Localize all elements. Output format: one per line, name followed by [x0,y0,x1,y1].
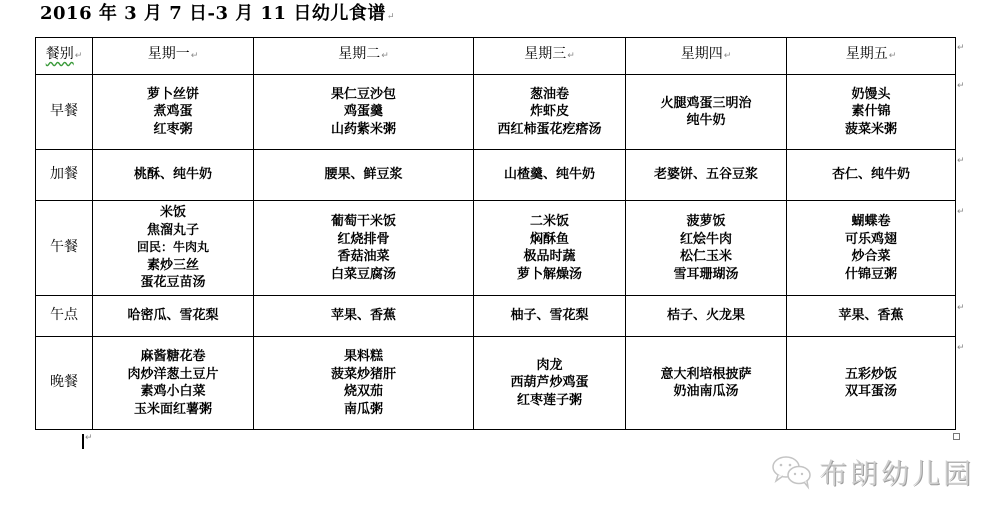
dish: 奶馒头 [787,86,955,104]
dish: 双耳蛋汤 [787,383,955,401]
row-end-mark: ↵ [957,207,965,217]
row-end-mark: ↵ [957,343,965,353]
header-cell-meal[interactable]: 餐别↵ [36,38,93,75]
dish: 果料糕 [254,348,473,366]
watermark-text: 布朗幼儿园 [819,452,974,492]
menu-cell[interactable]: 意大利培根披萨 奶油南瓜汤 [626,337,787,430]
menu-cell[interactable]: 二米饭 焖酥鱼 极品时蔬 萝卜解燥汤 [474,201,626,296]
menu-cell[interactable]: 果料糕 菠菜炒猪肝 烧双茄 南瓜粥 [254,337,474,430]
dish: 煮鸡蛋 [93,103,253,121]
dish: 蛋花豆苗汤 [93,274,253,292]
dish: 炸虾皮 [474,103,625,121]
dish: 红烧排骨 [254,231,473,249]
dish: 什锦豆粥 [787,266,955,284]
dish: 葡萄干米饭 [254,213,473,231]
menu-cell[interactable]: 苹果、香蕉 [787,296,956,337]
dish: 红烩牛肉 [626,231,786,249]
dish: 松仁玉米 [626,248,786,266]
dish: 老婆饼、五谷豆浆 [626,166,786,184]
dish: 炒合菜 [787,248,955,266]
table-row-morning-snack: 加餐 桃酥、纯牛奶 腰果、鲜豆浆 山楂羹、纯牛奶 老婆饼、五谷豆浆 杏仁、纯牛奶 [36,150,956,201]
meal-label-cell[interactable]: 早餐 [36,75,93,150]
dish: 菠菜米粥 [787,121,955,139]
header-cell-day[interactable]: 星期二↵ [254,38,474,75]
row-end-mark: ↵ [957,156,965,166]
dish: 柚子、雪花梨 [474,307,625,325]
dish: 米饭 [93,204,253,222]
dish: 鸡蛋羹 [254,103,473,121]
dish: 可乐鸡翅 [787,231,955,249]
menu-cell[interactable]: 五彩炒饭 双耳蛋汤 [787,337,956,430]
header-row: 餐别↵ 星期一↵ 星期二↵ 星期三↵ 星期四↵ 星期五↵ [36,38,956,75]
meal-label-cell[interactable]: 加餐 [36,150,93,201]
table-row-dinner: 晚餐 麻酱糖花卷 肉炒洋葱土豆片 素鸡小白菜 玉米面红薯粥 果料糕 菠菜炒猪肝 … [36,337,956,430]
dish: 回民：牛肉丸 [93,239,253,257]
menu-cell[interactable]: 肉龙 西葫芦炒鸡蛋 红枣莲子粥 [474,337,626,430]
header-cell-day[interactable]: 星期三↵ [474,38,626,75]
dish: 菠萝饭 [626,213,786,231]
menu-cell[interactable]: 菠萝饭 红烩牛肉 松仁玉米 雪耳珊瑚汤 [626,201,787,296]
dish: 焖酥鱼 [474,231,625,249]
dish: 奶油南瓜汤 [626,383,786,401]
menu-cell[interactable]: 柚子、雪花梨 [474,296,626,337]
watermark: 布朗幼儿园 [771,452,974,492]
wechat-icon [771,454,815,490]
dish: 杏仁、纯牛奶 [787,166,955,184]
dish: 山药紫米粥 [254,121,473,139]
dish: 素炒三丝 [93,257,253,275]
menu-cell[interactable]: 苹果、香蕉 [254,296,474,337]
meal-label-cell[interactable]: 晚餐 [36,337,93,430]
dish: 哈密瓜、雪花梨 [93,307,253,325]
meal-label-cell[interactable]: 午点 [36,296,93,337]
dish: 二米饭 [474,213,625,231]
header-cell-day[interactable]: 星期四↵ [626,38,787,75]
dish: 西红柿蛋花疙瘩汤 [474,121,625,139]
dish: 菠菜炒猪肝 [254,366,473,384]
row-end-mark: ↵ [957,81,965,91]
dish: 玉米面红薯粥 [93,401,253,419]
menu-cell[interactable]: 哈密瓜、雪花梨 [93,296,254,337]
dish: 五彩炒饭 [787,366,955,384]
dish: 苹果、香蕉 [787,307,955,325]
dish: 火腿鸡蛋三明治 [626,95,786,113]
dish: 腰果、鲜豆浆 [254,166,473,184]
menu-cell[interactable]: 桃酥、纯牛奶 [93,150,254,201]
menu-cell[interactable]: 桔子、火龙果 [626,296,787,337]
dish: 素什锦 [787,103,955,121]
title-text: 2016 年 3 月 7 日-3 月 11 日幼儿食谱 [40,3,386,24]
dish: 白菜豆腐汤 [254,266,473,284]
dish: 纯牛奶 [626,112,786,130]
dish: 果仁豆沙包 [254,86,473,104]
paragraph-mark: ↵ [387,12,395,22]
dish: 桃酥、纯牛奶 [93,166,253,184]
meal-label-cell[interactable]: 午餐 [36,201,93,296]
dish: 红枣莲子粥 [474,392,625,410]
header-cell-day[interactable]: 星期五↵ [787,38,956,75]
dish: 香菇油菜 [254,248,473,266]
dish: 葱油卷 [474,86,625,104]
table-row-lunch: 午餐 米饭 焦溜丸子 回民：牛肉丸 素炒三丝 蛋花豆苗汤 葡萄干米饭 红烧排骨 … [36,201,956,296]
dish: 雪耳珊瑚汤 [626,266,786,284]
table-resize-handle[interactable] [953,433,960,440]
dish: 焦溜丸子 [93,222,253,240]
dish: 素鸡小白菜 [93,383,253,401]
menu-cell[interactable]: 火腿鸡蛋三明治 纯牛奶 [626,75,787,150]
menu-cell[interactable]: 奶馒头 素什锦 菠菜米粥 [787,75,956,150]
table-row-breakfast: 早餐 萝卜丝饼 煮鸡蛋 红枣粥 果仁豆沙包 鸡蛋羹 山药紫米粥 葱油卷 炸虾皮 … [36,75,956,150]
paragraph-mark: ↵ [85,433,93,443]
dish: 肉龙 [474,357,625,375]
menu-table: 餐别↵ 星期一↵ 星期二↵ 星期三↵ 星期四↵ 星期五↵ 早餐 萝卜丝饼 煮鸡蛋… [35,37,956,430]
dish: 苹果、香蕉 [254,307,473,325]
row-end-mark: ↵ [957,303,965,313]
menu-cell[interactable]: 萝卜丝饼 煮鸡蛋 红枣粥 [93,75,254,150]
dish: 极品时蔬 [474,248,625,266]
header-cell-day[interactable]: 星期一↵ [93,38,254,75]
menu-cell[interactable]: 米饭 焦溜丸子 回民：牛肉丸 素炒三丝 蛋花豆苗汤 [93,201,254,296]
row-end-mark: ↵ [957,43,965,53]
menu-cell[interactable]: 蝴蝶卷 可乐鸡翅 炒合菜 什锦豆粥 [787,201,956,296]
dish: 山楂羹、纯牛奶 [474,166,625,184]
dish: 萝卜解燥汤 [474,266,625,284]
text-cursor [82,434,84,449]
menu-cell[interactable]: 老婆饼、五谷豆浆 [626,150,787,201]
menu-cell[interactable]: 腰果、鲜豆浆 [254,150,474,201]
menu-cell[interactable]: 麻酱糖花卷 肉炒洋葱土豆片 素鸡小白菜 玉米面红薯粥 [93,337,254,430]
dish: 烧双茄 [254,383,473,401]
dish: 红枣粥 [93,121,253,139]
menu-cell[interactable]: 葱油卷 炸虾皮 西红柿蛋花疙瘩汤 [474,75,626,150]
table-row-afternoon-snack: 午点 哈密瓜、雪花梨 苹果、香蕉 柚子、雪花梨 桔子、火龙果 苹果、香蕉 [36,296,956,337]
menu-cell[interactable]: 杏仁、纯牛奶 [787,150,956,201]
dish: 肉炒洋葱土豆片 [93,366,253,384]
document-title: 2016 年 3 月 7 日-3 月 11 日幼儿食谱↵ [40,3,395,28]
dish: 南瓜粥 [254,401,473,419]
dish: 桔子、火龙果 [626,307,786,325]
menu-cell[interactable]: 山楂羹、纯牛奶 [474,150,626,201]
dish: 蝴蝶卷 [787,213,955,231]
dish: 意大利培根披萨 [626,366,786,384]
menu-cell[interactable]: 葡萄干米饭 红烧排骨 香菇油菜 白菜豆腐汤 [254,201,474,296]
dish: 萝卜丝饼 [93,86,253,104]
dish: 西葫芦炒鸡蛋 [474,374,625,392]
menu-cell[interactable]: 果仁豆沙包 鸡蛋羹 山药紫米粥 [254,75,474,150]
dish: 麻酱糖花卷 [93,348,253,366]
